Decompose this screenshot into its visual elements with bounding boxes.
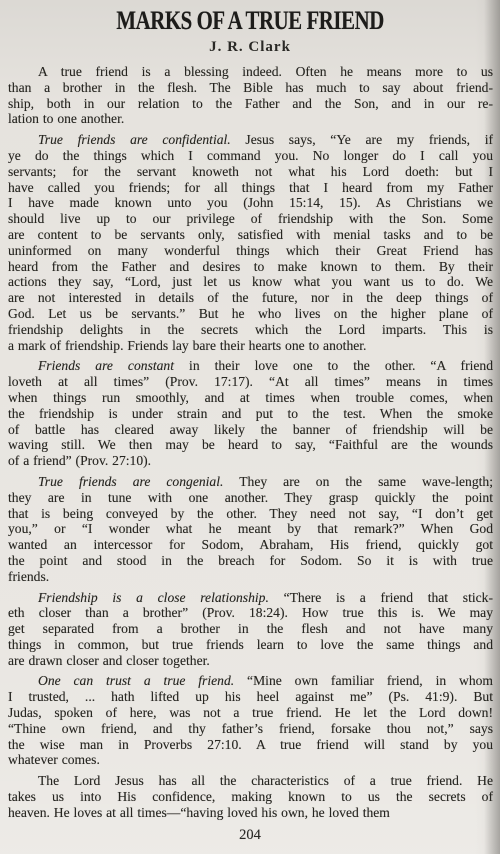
text-line: True friends are congenial. They are on …	[8, 474, 493, 490]
text-line: friendship delights in the secrets which…	[8, 322, 493, 338]
text-line: are not interested in details of the fut…	[8, 290, 493, 306]
text-line: whatever comes.	[8, 752, 493, 768]
text-line: of battle has cleared away likely the ba…	[8, 422, 493, 438]
text-line: have called you friends; for all things …	[8, 180, 493, 196]
text-line: they are in tune with one another. They …	[8, 490, 493, 506]
text-line: when things run smoothly, and at times w…	[8, 390, 493, 406]
text-line: waving still. We then may be heard to sa…	[8, 437, 493, 453]
text-line: actions they say, “Lord, just let us kno…	[8, 274, 493, 290]
text-line: a mark of friendship. Friends lay bare t…	[8, 338, 493, 354]
text-line: the friendship is under strain and put t…	[8, 406, 493, 422]
text-line: God. Let us be servants.” But he who liv…	[8, 306, 493, 322]
text-line: of a friend” (Prov. 27:10).	[8, 453, 493, 469]
text-line: A true friend is a blessing indeed. Ofte…	[8, 64, 493, 80]
text-line: loveth at all times” (Prov. 17:17). “At …	[8, 374, 493, 390]
text-line: the point and stood in the breach for So…	[8, 553, 493, 569]
text-line: friends.	[8, 569, 493, 585]
text-line: servants; for the servant knoweth not wh…	[8, 164, 493, 180]
paragraph: One can trust a true friend. “Mine own f…	[8, 673, 493, 768]
text-line: eth closer than a brother” (Prov. 18:24)…	[8, 605, 493, 621]
text-line: wanted an intercessor for Sodom, Abraham…	[8, 537, 493, 553]
text-line: ship, both in our relation to the Father…	[8, 96, 493, 112]
text-line: are content to be servants only, satisfi…	[8, 227, 493, 243]
page-number: 204	[0, 826, 500, 844]
text-line: The Lord Jesus has all the characteristi…	[8, 773, 493, 789]
text-line: get separated from a brother in the fles…	[8, 621, 493, 637]
paragraph-lead-italic: One can trust a true friend.	[38, 673, 234, 688]
text-line: I trusted, ... hath lifted up his heel a…	[8, 689, 493, 705]
text-line: I have made known unto you (John 15:14, …	[8, 195, 493, 211]
text-line: ye do the things which I command you. No…	[8, 148, 493, 164]
text-line: heard from the Father and desires to mak…	[8, 259, 493, 275]
text-line: than a brother in the flesh. The Bible h…	[8, 80, 493, 96]
paragraph: True friends are confidential. Jesus say…	[8, 132, 493, 353]
paragraph-lead-italic: True friends are confidential.	[38, 132, 231, 147]
text-line: Friends are constant in their love one t…	[8, 358, 493, 374]
text-line: Judas, spoken of here, was not a true fr…	[8, 705, 493, 721]
text-line: heaven. He loves at all times—“having lo…	[8, 805, 493, 821]
text-line: “Thine own friend, and thy father’s frie…	[8, 721, 493, 737]
text-line: are drawn closer and closer together.	[8, 653, 493, 669]
text-line: True friends are confidential. Jesus say…	[8, 132, 493, 148]
paragraph: True friends are congenial. They are on …	[8, 474, 493, 585]
article-body: A true friend is a blessing indeed. Ofte…	[0, 64, 500, 821]
title-row: MARKS OF A TRUE FRIEND	[0, 7, 500, 35]
text-line: that is being conveyed by the other. The…	[8, 506, 493, 522]
text-line: the wise man in Proverbs 27:10. A true f…	[8, 737, 493, 753]
text-line: uninformed on many wonderful things whic…	[8, 243, 493, 259]
text-line: lation to one another.	[8, 111, 493, 127]
text-line: One can trust a true friend. “Mine own f…	[8, 673, 493, 689]
text-line: you,” or “I wonder what he meant by that…	[8, 521, 493, 537]
text-line: Friendship is a close relationship. “The…	[8, 590, 493, 606]
text-line: things in common, but true friends learn…	[8, 637, 493, 653]
document-page: MARKS OF A TRUE FRIEND J. R. Clark A tru…	[0, 0, 500, 854]
text-line: takes us into His confidence, making kno…	[8, 789, 493, 805]
paragraph: Friendship is a close relationship. “The…	[8, 590, 493, 669]
article-author: J. R. Clark	[0, 38, 500, 57]
text-line: should live up to our privilege of frien…	[8, 211, 493, 227]
paragraph-lead-italic: Friendship is a close relationship.	[38, 590, 269, 605]
paragraph: Friends are constant in their love one t…	[8, 358, 493, 469]
paragraph: The Lord Jesus has all the characteristi…	[8, 773, 493, 820]
paragraph-lead-italic: Friends are constant	[38, 358, 174, 373]
paragraph: A true friend is a blessing indeed. Ofte…	[8, 64, 493, 127]
article-title: MARKS OF A TRUE FRIEND	[116, 7, 383, 35]
paragraph-lead-italic: True friends are congenial.	[38, 474, 223, 489]
